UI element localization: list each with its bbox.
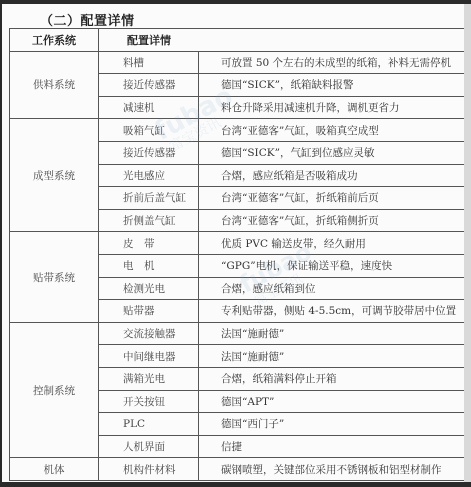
item-cell: 人机界面: [99, 435, 199, 458]
detail-cell: 法国“施耐德”: [199, 322, 465, 345]
item-cell: 折侧盖气缸: [99, 209, 199, 232]
detail-cell: 合熠，感应纸箱是否吸箱成功: [199, 164, 465, 187]
system-cell: 控制系统: [10, 322, 99, 458]
item-cell: 光电感应: [99, 164, 199, 187]
detail-cell: 合熠，纸箱满料停止开箱: [199, 367, 465, 390]
table-header-row: 工作系统 配置详情: [10, 29, 465, 52]
system-cell: 供料系统: [10, 51, 99, 119]
config-table: 工作系统 配置详情 供料系统 料槽 可放置 50 个左右的未成型的纸箱，补料无需…: [9, 28, 465, 481]
item-cell: 接近传感器: [99, 74, 199, 97]
item-cell: 皮 带: [99, 232, 199, 255]
item-cell: 中间继电器: [99, 345, 199, 368]
item-cell: 满箱光电: [99, 367, 199, 390]
item-cell: 折前后盖气缸: [99, 187, 199, 210]
detail-cell: 料仓升降采用减速机升降，调机更省力: [199, 96, 465, 119]
section-title: （二）配置详情: [40, 10, 135, 29]
page-edge-strip: [464, 4, 471, 482]
detail-cell: 碳钢喷塑，关键部位采用不锈钢板和铝型材制作: [199, 458, 465, 481]
table-row: 控制系统 交流接触器 法国“施耐德”: [10, 322, 465, 345]
table-row: 成型系统 吸箱气缸 台湾“亚德客”气缸，吸箱真空成型: [10, 119, 465, 142]
item-cell: 吸箱气缸: [99, 119, 199, 142]
item-cell: PLC: [99, 413, 199, 436]
item-cell: 减速机: [99, 96, 199, 119]
detail-cell: 德国“APT”: [199, 390, 465, 413]
detail-cell: 台湾“亚德客”气缸，折纸箱前后页: [199, 187, 465, 210]
detail-cell: 优质 PVC 输送皮带，经久耐用: [199, 232, 465, 255]
detail-cell: 台湾“亚德客”气缸，折纸箱侧折页: [199, 209, 465, 232]
table-row: 贴带系统 皮 带 优质 PVC 输送皮带，经久耐用: [10, 232, 465, 255]
header-config-detail: 配置详情: [99, 29, 465, 52]
detail-cell: 德国“SICK”，纸箱缺料报警: [199, 74, 465, 97]
detail-cell: 法国“施耐德”: [199, 345, 465, 368]
item-cell: 料槽: [99, 51, 199, 74]
detail-cell: 台湾“亚德客”气缸，吸箱真空成型: [199, 119, 465, 142]
detail-cell: 信捷: [199, 435, 465, 458]
table-row: 机体 机构件材料 碳钢喷塑，关键部位采用不锈钢板和铝型材制作: [10, 458, 465, 481]
item-cell: 检测光电: [99, 277, 199, 300]
header-work-system: 工作系统: [10, 29, 99, 52]
document-page: （二）配置详情 工作系统 配置详情 供料系统 料槽 可放置 50 个左右的未成型…: [2, 4, 464, 482]
system-cell: 成型系统: [10, 119, 99, 232]
item-cell: 开关按钮: [99, 390, 199, 413]
item-cell: 贴带器: [99, 300, 199, 323]
item-cell: 电 机: [99, 254, 199, 277]
system-cell: 贴带系统: [10, 232, 99, 322]
item-cell: 机构件材料: [99, 458, 199, 481]
detail-cell: 合熠，感应纸箱到位: [199, 277, 465, 300]
detail-cell: 德国“SICK”，气缸到位感应灵敏: [199, 141, 465, 164]
detail-cell: “GPG”电机，保证输送平稳，速度快: [199, 254, 465, 277]
detail-cell: 专利贴带器，侧贴 4-5.5cm，可调节胶带居中位置: [199, 300, 465, 323]
item-cell: 交流接触器: [99, 322, 199, 345]
table-row: 供料系统 料槽 可放置 50 个左右的未成型的纸箱，补料无需停机: [10, 51, 465, 74]
system-cell: 机体: [10, 458, 99, 481]
item-cell: 接近传感器: [99, 141, 199, 164]
detail-cell: 可放置 50 个左右的未成型的纸箱，补料无需停机: [199, 51, 465, 74]
detail-cell: 德国“西门子”: [199, 413, 465, 436]
